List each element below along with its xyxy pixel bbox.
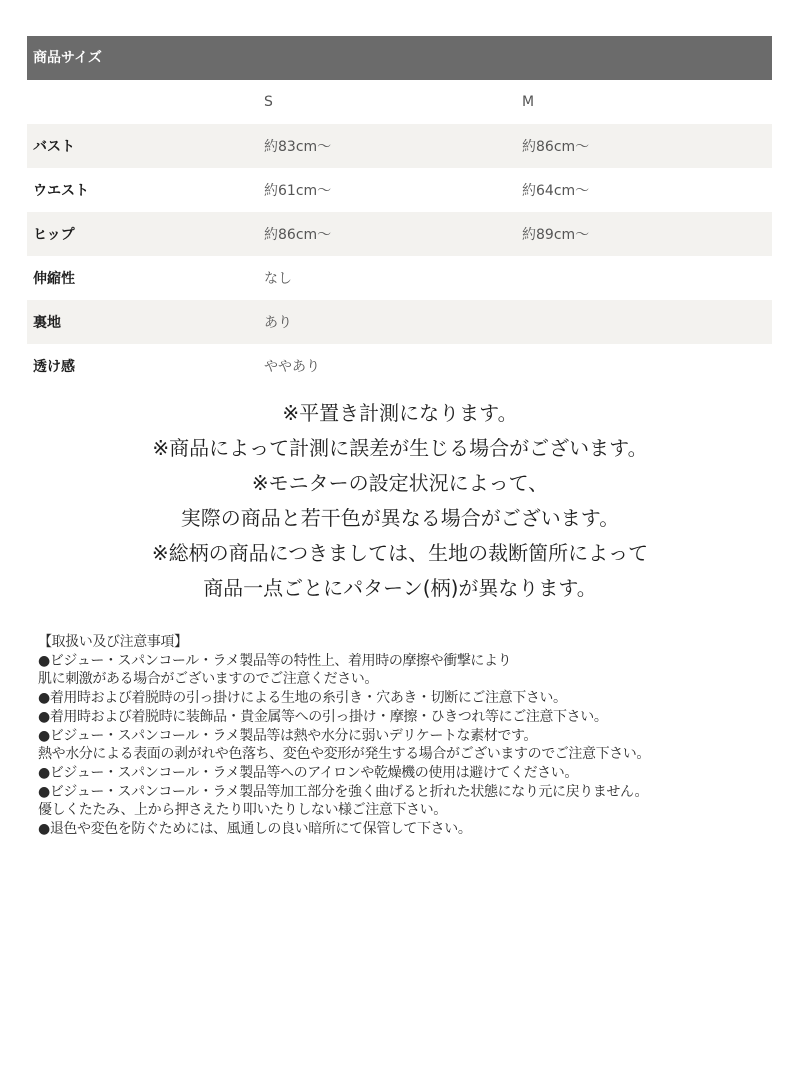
- row-label: ヒップ: [27, 224, 258, 244]
- row-value-s: 約83cm〜: [258, 136, 516, 156]
- row-label: バスト: [27, 136, 258, 156]
- note-line: ※平置き計測になります。: [0, 396, 800, 431]
- row-value-m: 約89cm〜: [516, 224, 772, 244]
- care-line: ●退色や変色を防ぐためには、風通しの良い暗所にて保管して下さい。: [38, 820, 788, 839]
- care-title: 【取扱い及び注意事項】: [38, 633, 788, 652]
- row-label: ウエスト: [27, 180, 258, 200]
- table-row-bust: バスト 約83cm〜 約86cm〜: [27, 124, 772, 168]
- row-label: 透け感: [27, 356, 258, 376]
- table-row-sheerness: 透け感 ややあり: [27, 344, 772, 388]
- note-line: ※モニターの設定状況によって、: [0, 466, 800, 501]
- column-header-m: M: [516, 94, 772, 110]
- care-line: ●ビジュー・スパンコール・ラメ製品等加工部分を強く曲げると折れた状態になり元に戻…: [38, 783, 788, 802]
- care-line: ●着用時および着脱時に装飾品・貴金属等への引っ掛け・摩擦・ひきつれ等にご注意下さ…: [38, 708, 788, 727]
- care-line: 熱や水分による表面の剥がれや色落ち、変色や変形が発生する場合がございますのでご注…: [38, 745, 788, 764]
- row-value-s: なし: [258, 268, 516, 288]
- care-line: 肌に刺激がある場合がございますのでご注意ください。: [38, 670, 788, 689]
- care-line: ●着用時および着脱時の引っ掛けによる生地の糸引き・穴あき・切断にご注意下さい。: [38, 689, 788, 708]
- care-line: 優しくたたみ、上から押さえたり叩いたりしない様ご注意下さい。: [38, 801, 788, 820]
- care-line: ●ビジュー・スパンコール・ラメ製品等へのアイロンや乾燥機の使用は避けてください。: [38, 764, 788, 783]
- table-row-waist: ウエスト 約61cm〜 約64cm〜: [27, 168, 772, 212]
- table-row-hip: ヒップ 約86cm〜 約89cm〜: [27, 212, 772, 256]
- measurement-notes: ※平置き計測になります。 ※商品によって計測に誤差が生じる場合がございます。 ※…: [0, 396, 800, 606]
- note-line: ※商品によって計測に誤差が生じる場合がございます。: [0, 431, 800, 466]
- size-column-header-row: S M: [27, 80, 772, 124]
- note-line: ※総柄の商品につきましては、生地の裁断箇所によって: [0, 536, 800, 571]
- size-table: 商品サイズ S M バスト 約83cm〜 約86cm〜 ウエスト 約61cm〜 …: [27, 36, 772, 388]
- care-line: ●ビジュー・スパンコール・ラメ製品等の特性上、着用時の摩擦や衝撃により: [38, 652, 788, 671]
- row-value-s: 約86cm〜: [258, 224, 516, 244]
- table-row-stretch: 伸縮性 なし: [27, 256, 772, 300]
- row-value-s: あり: [258, 312, 516, 332]
- row-value-m: 約86cm〜: [516, 136, 772, 156]
- size-table-title: 商品サイズ: [27, 36, 772, 80]
- care-instructions: 【取扱い及び注意事項】 ●ビジュー・スパンコール・ラメ製品等の特性上、着用時の摩…: [38, 633, 788, 839]
- row-label: 伸縮性: [27, 268, 258, 288]
- column-header-s: S: [258, 94, 516, 110]
- note-line: 実際の商品と若干色が異なる場合がございます。: [0, 501, 800, 536]
- row-value-s: 約61cm〜: [258, 180, 516, 200]
- row-label: 裏地: [27, 312, 258, 332]
- table-row-lining: 裏地 あり: [27, 300, 772, 344]
- care-line: ●ビジュー・スパンコール・ラメ製品等は熱や水分に弱いデリケートな素材です。: [38, 727, 788, 746]
- note-line: 商品一点ごとにパターン(柄)が異なります。: [0, 571, 800, 606]
- row-value-m: 約64cm〜: [516, 180, 772, 200]
- row-value-s: ややあり: [258, 356, 516, 376]
